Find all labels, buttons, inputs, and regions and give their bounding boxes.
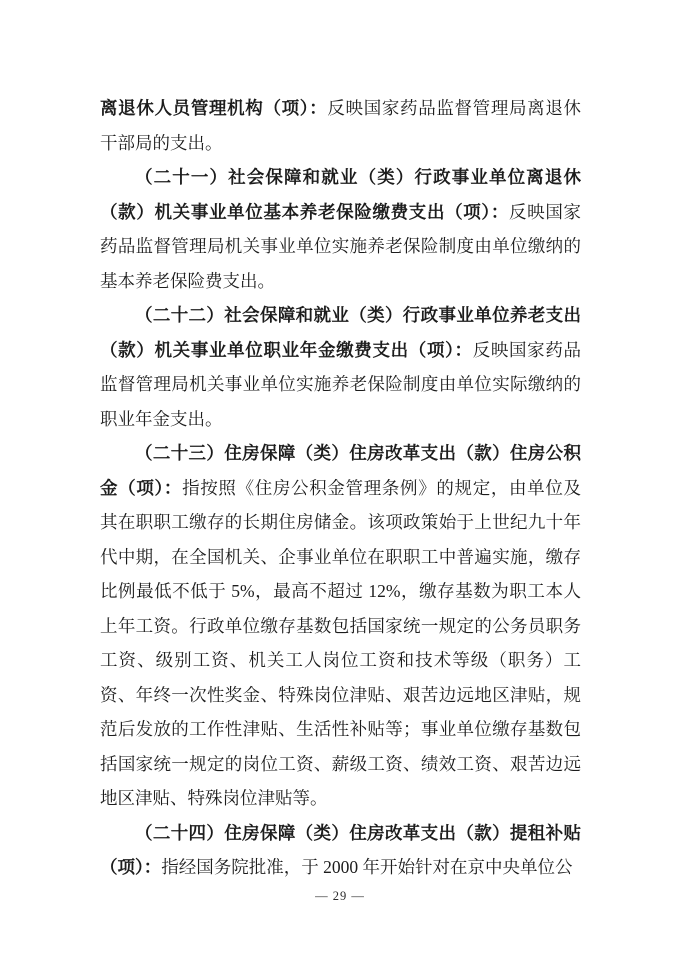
paragraph-item-24: （二十四）住房保障（类）住房改革支出（款）提租补贴（项）：指经国务院批准，于 2… bbox=[100, 816, 581, 885]
paragraph-heading: 离退休人员管理机构（项）： bbox=[100, 98, 327, 118]
paragraph-item-21: （二十一）社会保障和就业（类）行政事业单位离退休（款）机关事业单位基本养老保险缴… bbox=[100, 160, 581, 298]
page-number: — 29 — bbox=[315, 889, 365, 903]
page-footer: — 29 — bbox=[0, 889, 680, 904]
paragraph-text: 指经国务院批准，于 2000 年开始针对在京中央单位公 bbox=[161, 857, 572, 877]
paragraph-retiree-admin: 离退休人员管理机构（项）：反映国家药品监督管理局离退休干部局的支出。 bbox=[100, 91, 581, 160]
paragraph-item-23: （二十三）住房保障（类）住房改革支出（款）住房公积金（项）：指按照《住房公积金管… bbox=[100, 436, 581, 816]
paragraph-text: 指按照《住房公积金管理条例》的规定，由单位及其在职职工缴存的长期住房储金。该项政… bbox=[100, 478, 581, 809]
paragraph-item-22: （二十二）社会保障和就业（类）行政事业单位养老支出（款）机关事业单位职业年金缴费… bbox=[100, 298, 581, 436]
document-body: 离退休人员管理机构（项）：反映国家药品监督管理局离退休干部局的支出。 （二十一）… bbox=[100, 91, 581, 885]
document-page: 离退休人员管理机构（项）：反映国家药品监督管理局离退休干部局的支出。 （二十一）… bbox=[0, 0, 680, 967]
